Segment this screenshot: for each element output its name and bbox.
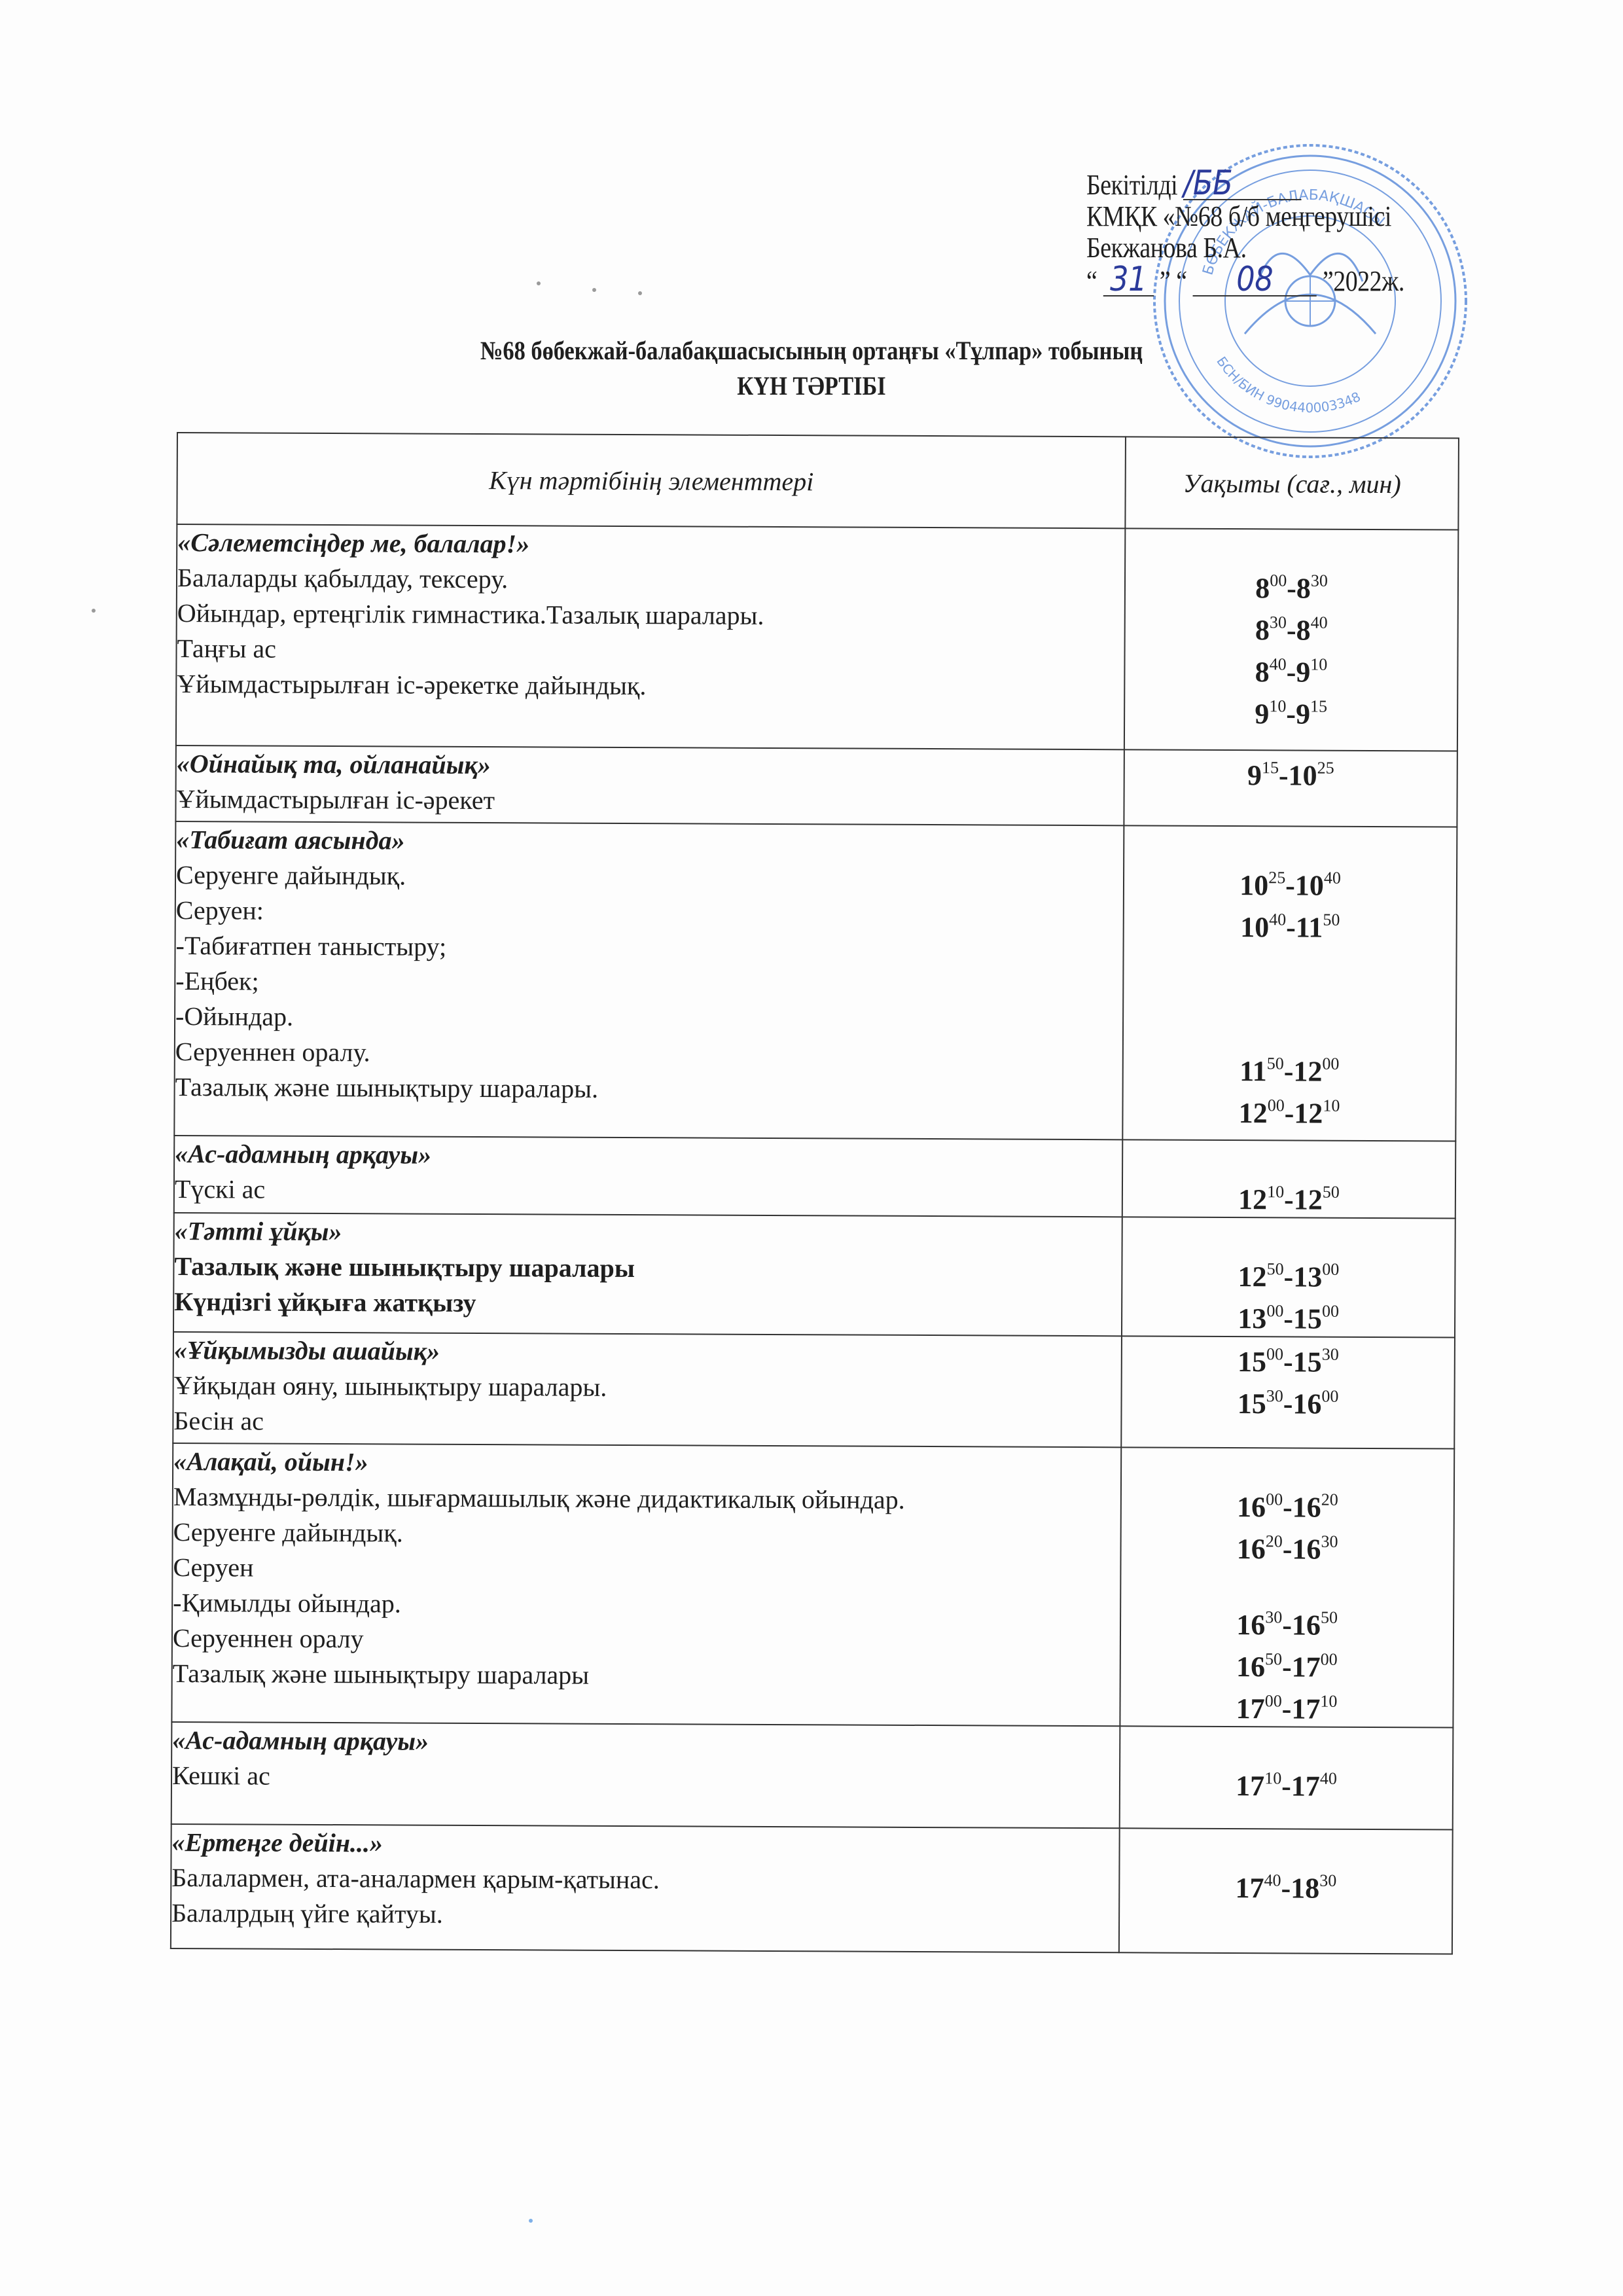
activity-item: Күндізгі ұйқыға жатқызу <box>174 1284 1121 1323</box>
scan-artifact <box>592 288 596 292</box>
approval-date-day: 31 <box>1103 264 1153 296</box>
scan-artifact <box>529 2219 533 2223</box>
signature: /ББ <box>1183 168 1302 200</box>
activity-item: Серуеннен оралу <box>173 1621 1120 1660</box>
column-header-elements: Күн тәртібінің элементтері <box>177 433 1126 528</box>
activity-item: Балалармен, ата-аналармен қарым-қатынас. <box>171 1860 1118 1899</box>
time-range: 1650-1700 <box>1121 1641 1453 1685</box>
schedule-time-cell: 1025-10401040-1150 1150-12001200-1210 <box>1122 825 1457 1141</box>
time-range: 1700-1710 <box>1120 1683 1452 1727</box>
document-subtitle: КҮН ТӘРТІБІ <box>114 370 1510 401</box>
activity-item: -Қимылды ойындар. <box>173 1585 1120 1624</box>
activity-item: Балалрдың үйге қайтуы. <box>171 1895 1118 1935</box>
section-title: «Ертеңге дейін...» <box>171 1825 1118 1864</box>
approval-line-approved: Бекітілді /ББ <box>1086 168 1404 201</box>
table-row: «Тәтті ұйқы»Тазалық және шынықтыру шарал… <box>173 1213 1455 1338</box>
schedule-time-cell: 1740-1830 <box>1119 1828 1453 1954</box>
table-row: «Ойнайық та, ойланайық»Ұйымдастырылған і… <box>175 745 1457 827</box>
activity-item: Ұйқыдан ояну, шынықтыру шаралары. <box>174 1368 1121 1407</box>
time-range: 840-910 <box>1125 647 1457 690</box>
schedule-elements-cell: «Табиғат аясында»Серуенге дайындық.Серуе… <box>174 821 1124 1139</box>
time-range: 1620-1630 <box>1122 1524 1454 1567</box>
activity-item: Ұйымдастырылған іс-әрекет <box>176 781 1123 821</box>
activity-item: Серуенге дайындық. <box>176 857 1123 897</box>
time-range: 1025-1040 <box>1124 860 1456 903</box>
table-row: «Ас-адамның арқауы»Түскі ас1210-1250 <box>174 1136 1455 1219</box>
daily-schedule-table: Күн тәртібінің элементтері Уақыты (сағ.,… <box>170 432 1459 1955</box>
activity-item: -Еңбек; <box>175 963 1122 1003</box>
activity-item: Ұйымдастырылған іс-әрекетке дайындық. <box>177 666 1124 706</box>
approval-line-date: “ 31 ” “ 08 ”2022ж. <box>1086 264 1404 297</box>
section-title: «Алақай, ойын!» <box>173 1444 1120 1483</box>
section-title: «Сәлеметсіңдер ме, балалар!» <box>177 525 1124 564</box>
time-range <box>1120 1905 1452 1940</box>
time-range: 910-915 <box>1125 689 1457 732</box>
activity-item: Тазалық және шынықтыру шаралары <box>174 1249 1121 1288</box>
activity-item: Серуенге дайындық. <box>173 1515 1120 1554</box>
schedule-elements-cell: «Ас-адамның арқауы»Түскі ас <box>174 1136 1123 1217</box>
time-range: 1600-1620 <box>1122 1482 1454 1525</box>
schedule-time-cell: 1250-13001300-1500 <box>1122 1217 1455 1337</box>
schedule-elements-cell: «Сәлеметсіңдер ме, балалар!»Балаларды қа… <box>176 524 1126 749</box>
activity-item: Тазалық және шынықтыру шаралары. <box>175 1069 1122 1109</box>
schedule-time-cell: 1710-1740 <box>1120 1726 1454 1829</box>
approval-line-name: Бекжанова Б.А. <box>1086 232 1404 264</box>
activity-item: Түскі ас <box>175 1172 1122 1211</box>
time-range: 1200-1210 <box>1123 1088 1455 1131</box>
schedule-elements-cell: «Ас-адамның арқауы»Кешкі ас <box>171 1722 1120 1828</box>
time-range <box>1124 944 1455 979</box>
column-header-time: Уақыты (сағ., мин) <box>1125 437 1459 529</box>
schedule-time-cell: 800-830830-840840-910910-915 <box>1124 528 1458 751</box>
time-range: 1710-1740 <box>1120 1761 1452 1804</box>
activity-item: Ойындар, ертеңгілік гимнастика.Тазалық ш… <box>177 596 1124 635</box>
time-range: 1040-1150 <box>1124 902 1456 945</box>
activity-item: Таңғы ас <box>177 631 1124 670</box>
schedule-time-cell: 1210-1250 <box>1122 1139 1455 1218</box>
activity-item: Балаларды қабылдау, тексеру. <box>177 560 1124 600</box>
time-range: 1300-1500 <box>1122 1293 1454 1336</box>
time-range: 1250-1300 <box>1122 1251 1454 1295</box>
table-row: «Табиғат аясында»Серуенге дайындық.Серуе… <box>174 821 1457 1141</box>
time-range: 915-1025 <box>1125 750 1457 793</box>
time-range: 1150-1200 <box>1124 1046 1455 1089</box>
approval-line-position: КМҚК «№68 б/б меңгерушісі <box>1086 201 1404 232</box>
schedule-elements-cell: «Ертеңге дейін...»Балалармен, ата-аналар… <box>171 1824 1120 1952</box>
schedule-elements-cell: «Ойнайық та, ойланайық»Ұйымдастырылған і… <box>175 745 1124 825</box>
table-row: «Ас-адамның арқауы»Кешкі ас1710-1740 <box>171 1722 1454 1830</box>
table-header-row: Күн тәртібінің элементтері Уақыты (сағ.,… <box>177 433 1459 530</box>
table-row: «Алақай, ойын!»Мазмұнды-рөлдік, шығармаш… <box>171 1443 1454 1728</box>
approval-block: Бекітілді /ББ КМҚК «№68 б/б меңгерушісі … <box>1086 168 1404 297</box>
section-title: «Ас-адамның арқауы» <box>175 1136 1122 1175</box>
time-range: 1500-1530 <box>1122 1336 1454 1380</box>
section-title: «Табиғат аясында» <box>176 822 1123 861</box>
time-range: 1530-1600 <box>1122 1378 1454 1422</box>
scan-artifact <box>638 291 642 295</box>
time-range: 1210-1250 <box>1123 1174 1455 1217</box>
time-range <box>1124 1012 1455 1047</box>
activity-item: Кешкі ас <box>172 1758 1119 1797</box>
activity-item: Серуеннен оралу. <box>175 1034 1122 1073</box>
schedule-time-cell: 915-1025 <box>1124 749 1457 827</box>
schedule-elements-cell: «Ұйқымызды ашайық»Ұйқыдан ояну, шынықтыр… <box>173 1332 1122 1447</box>
scan-artifact <box>537 281 541 285</box>
table-row: «Ұйқымызды ашайық»Ұйқыдан ояну, шынықтыр… <box>173 1332 1455 1449</box>
activity-item: Тазалық және шынықтыру шаралары <box>173 1656 1120 1695</box>
time-range: 1740-1830 <box>1120 1863 1452 1906</box>
schedule-time-cell: 1600-16201620-1630 1630-16501650-1700170… <box>1120 1447 1454 1727</box>
table-row: «Сәлеметсіңдер ме, балалар!»Балаларды қа… <box>176 524 1458 751</box>
scan-artifact <box>92 609 96 613</box>
activity-item: -Ойындар. <box>175 999 1122 1038</box>
activity-item: Мазмұнды-рөлдік, шығармашылық және дидак… <box>173 1479 1120 1518</box>
section-title: «Ойнайық та, ойланайық» <box>177 746 1124 785</box>
approval-date-month: 08 <box>1193 264 1317 296</box>
activity-item: Серуен: <box>176 893 1123 932</box>
table-row: «Ертеңге дейін...»Балалармен, ата-аналар… <box>171 1824 1453 1954</box>
time-range <box>1124 978 1455 1013</box>
schedule-time-cell: 1500-15301530-1600 <box>1121 1336 1455 1448</box>
document-title: №68 бөбекжай-балабақшасысының ортаңғы «Т… <box>114 335 1510 366</box>
section-title: «Ұйқымызды ашайық» <box>174 1333 1121 1372</box>
time-range: 1630-1650 <box>1121 1600 1453 1643</box>
time-range <box>1121 1566 1453 1601</box>
activity-item: Бесін ас <box>173 1403 1120 1443</box>
section-title: «Тәтті ұйқы» <box>175 1213 1122 1253</box>
activity-item: -Табиғатпен таныстыру; <box>175 928 1122 967</box>
time-range: 800-830 <box>1126 563 1457 606</box>
table-body: «Сәлеметсіңдер ме, балалар!»Балаларды қа… <box>171 524 1458 1954</box>
schedule-elements-cell: «Алақай, ойын!»Мазмұнды-рөлдік, шығармаш… <box>171 1443 1121 1726</box>
activity-item: Серуен <box>173 1550 1120 1589</box>
section-title: «Ас-адамның арқауы» <box>172 1723 1119 1762</box>
schedule-elements-cell: «Тәтті ұйқы»Тазалық және шынықтыру шарал… <box>173 1213 1122 1336</box>
time-range: 830-840 <box>1126 605 1457 648</box>
